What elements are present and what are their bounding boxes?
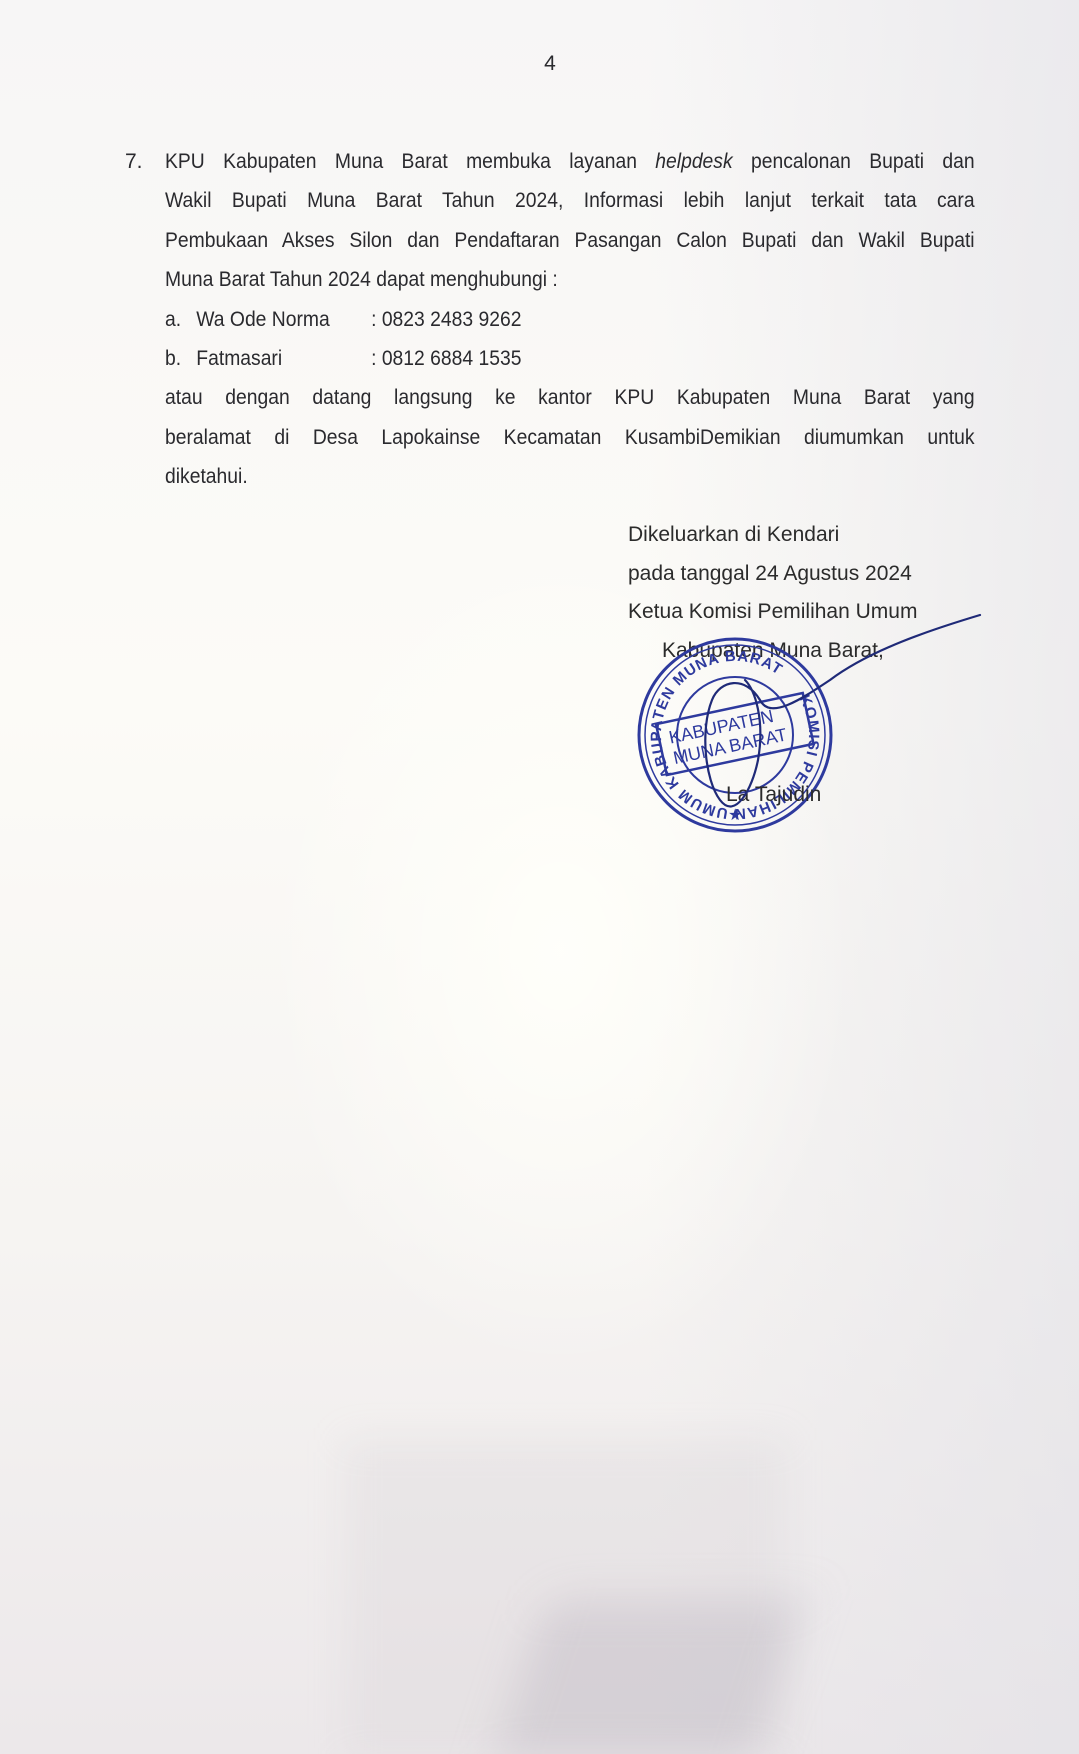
text-segment: KPU Kabupaten Muna Barat membuka layanan [165,150,655,173]
issued-date: pada tanggal 24 Agustus 2024 [628,555,917,594]
contact-label: b. [165,339,196,378]
signer-name: La Tajudin [726,783,821,807]
contact-row: b. Fatmasari : 0812 6884 1535 [165,339,975,378]
italic-term: helpdesk [655,150,732,173]
contact-row: a. Wa Ode Norma : 0823 2483 9262 [165,300,975,339]
contact-name: Fatmasari [196,339,371,378]
issued-place: Dikeluarkan di Kendari [628,516,917,555]
contact-phone: : 0823 2483 9262 [371,300,521,339]
signer-position: Ketua Komisi Pemilihan Umum [628,593,917,632]
body-line: atau dengan datang langsung ke kantor KP… [165,378,975,417]
body-line: KPU Kabupaten Muna Barat membuka layanan… [165,142,975,181]
contact-label: a. [165,300,196,339]
contact-phone: : 0812 6884 1535 [371,339,521,378]
body-line: Pembukaan Akses Silon dan Pendaftaran Pa… [165,221,975,260]
official-stamp: KOMISI PEMILIHAN UMUM KABUPATEN MUNA BAR… [630,630,840,840]
body-line: Wakil Bupati Muna Barat Tahun 2024, Info… [165,181,975,220]
page-number: 4 [0,52,1079,76]
text-segment: pencalonan Bupati dan [733,150,975,173]
body-line: diketahui. [165,457,975,496]
body-line: beralamat di Desa Lapokainse Kecamatan K… [165,418,975,457]
contact-name: Wa Ode Norma [196,300,371,339]
announcement-body: KPU Kabupaten Muna Barat membuka layanan… [165,142,975,497]
body-line: Muna Barat Tahun 2024 dapat menghubungi … [165,260,975,299]
shadow [494,1600,806,1754]
item-number: 7. [125,142,143,181]
stamp-star-icon: ★ [728,807,742,824]
